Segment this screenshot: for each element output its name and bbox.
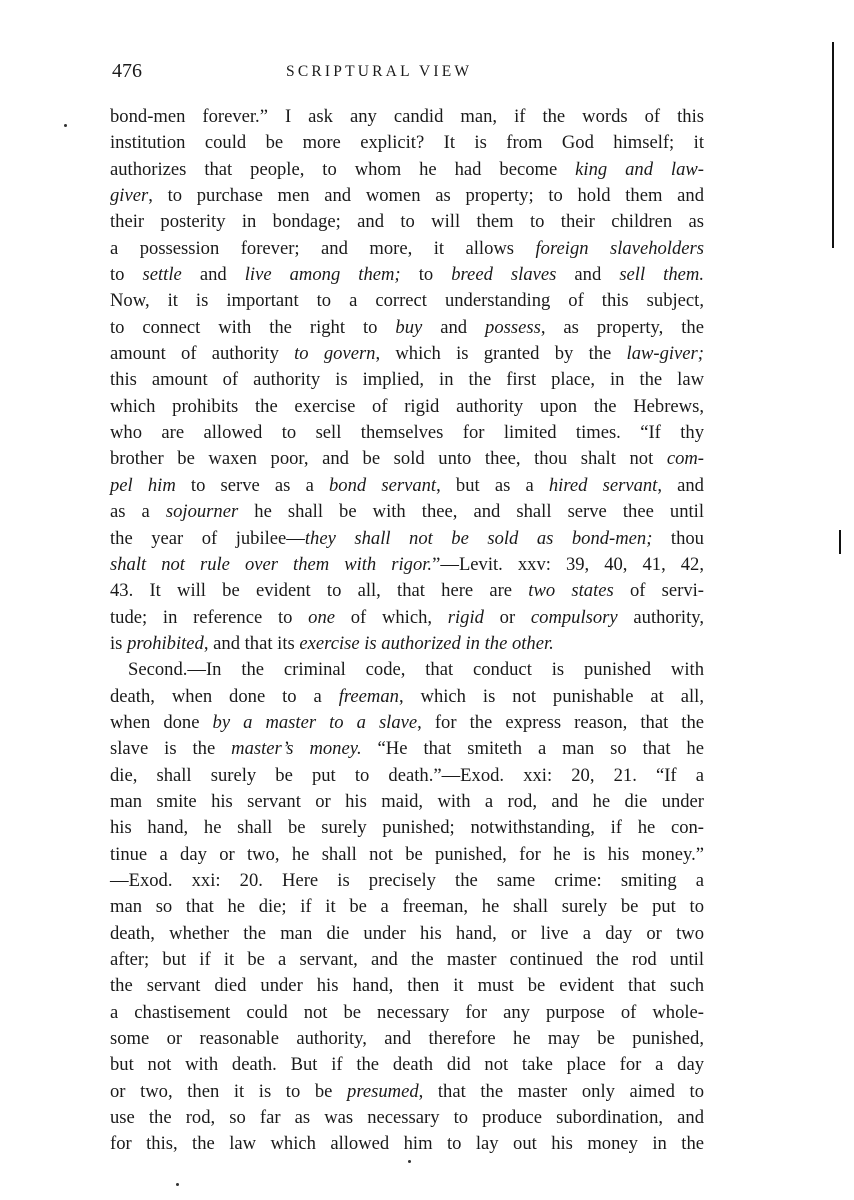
text-span: the year of jubilee— (110, 528, 305, 549)
text-span: when done (110, 712, 213, 733)
text-line: for this, the law which allowed him to l… (110, 1131, 704, 1157)
text-span: of which, (335, 607, 448, 628)
italic-span: live among them; (245, 264, 401, 285)
text-span: , which is granted by the (375, 343, 626, 364)
text-line: their posterity in bondage; and to will … (110, 209, 704, 235)
text-line: after; but if it be a servant, and the m… (110, 947, 704, 973)
text-span: or two, then it is to be (110, 1081, 347, 1102)
text-line: slave is the master’s money. “He that sm… (110, 736, 704, 762)
italic-span: they shall not be sold as bond-men; (305, 528, 653, 549)
text-line: the servant died under his hand, then it… (110, 973, 704, 999)
text-line: man smite his servant or his maid, with … (110, 789, 704, 815)
italic-span: buy (395, 317, 422, 338)
text-line: some or reasonable authority, and theref… (110, 1026, 704, 1052)
text-line: 43. It will be evident to all, that here… (110, 578, 704, 604)
italic-span: hired servant (549, 475, 657, 496)
text-line: to settle and live among them; to breed … (110, 262, 704, 288)
text-line: bond-men forever.” I ask any candid man,… (110, 104, 704, 130)
text-line: die, shall surely be put to death.”—Exod… (110, 763, 704, 789)
italic-span: sell them. (619, 264, 704, 285)
italic-span: settle (143, 264, 182, 285)
text-line: death, when done to a freeman, which is … (110, 684, 704, 710)
italic-span: one (308, 607, 335, 628)
text-span: a chastisement could not be necessary fo… (110, 1002, 704, 1023)
italic-span: king and law- (575, 159, 704, 180)
text-line: his hand, he shall be surely punished; n… (110, 815, 704, 841)
text-span: to (110, 264, 143, 285)
margin-speck (176, 1183, 179, 1186)
text-span: he shall be with thee, and shall serve t… (238, 501, 704, 522)
body-text: bond-men forever.” I ask any candid man,… (110, 104, 704, 1158)
text-line: as a sojourner he shall be with thee, an… (110, 499, 704, 525)
page-edge-rule (832, 42, 834, 248)
text-span: authorizes that people, to whom he had b… (110, 159, 575, 180)
page-number: 476 (112, 60, 142, 83)
text-span: a possession forever; and more, it allow… (110, 238, 536, 259)
italic-span: exercise is authorized in the other. (299, 633, 553, 654)
italic-span: law-giver; (627, 343, 704, 364)
text-span: authority, (618, 607, 704, 628)
text-span: to serve as a (176, 475, 329, 496)
text-span: , but as a (436, 475, 549, 496)
text-span: after; but if it be a servant, and the m… (110, 949, 704, 970)
italic-span: possess (485, 317, 541, 338)
text-span: institution could be more explicit? It i… (110, 132, 704, 153)
text-span: or (484, 607, 531, 628)
text-span: the servant died under his hand, then it… (110, 975, 704, 996)
italic-span: foreign slaveholders (536, 238, 704, 259)
text-span: , as property, the (541, 317, 704, 338)
text-span: and (182, 264, 245, 285)
text-line: a possession forever; and more, it allow… (110, 236, 704, 262)
text-line: shalt not rule over them with rigor.”—Le… (110, 552, 704, 578)
italic-span: sojourner (166, 501, 238, 522)
text-span: death, when done to a (110, 686, 339, 707)
margin-speck (64, 124, 67, 127)
text-span: which prohibits the exercise of rigid au… (110, 396, 704, 417)
italic-span: master’s money. (231, 738, 361, 759)
text-line: man so that he die; if it be a freeman, … (110, 894, 704, 920)
text-span: his hand, he shall be surely punished; n… (110, 817, 704, 838)
text-line: institution could be more explicit? It i… (110, 130, 704, 156)
text-span: slave is the (110, 738, 231, 759)
text-line: use the rod, so far as was necessary to … (110, 1105, 704, 1131)
italic-span: pel him (110, 475, 176, 496)
text-line: death, whether the man die under his han… (110, 921, 704, 947)
text-line: tude; in reference to one of which, rigi… (110, 605, 704, 631)
text-span: , for the express reason, that the (417, 712, 704, 733)
text-span: , and that its (204, 633, 300, 654)
text-span: this amount of authority is implied, in … (110, 369, 704, 390)
text-line: but not with death. But if the death did… (110, 1052, 704, 1078)
text-line: —Exod. xxi: 20. Here is precisely the sa… (110, 868, 704, 894)
text-line: which prohibits the exercise of rigid au… (110, 394, 704, 420)
text-span: as a (110, 501, 166, 522)
italic-span: compulsory (531, 607, 618, 628)
text-span: and (556, 264, 619, 285)
italic-span: com- (667, 448, 704, 469)
text-span: some or reasonable authority, and theref… (110, 1028, 704, 1049)
text-span: brother be waxen poor, and be sold unto … (110, 448, 667, 469)
text-line: Now, it is important to a correct unders… (110, 288, 704, 314)
text-line: tinue a day or two, he shall not be puni… (110, 842, 704, 868)
running-head: SCRIPTURAL VIEW (286, 63, 472, 81)
text-line: this amount of authority is implied, in … (110, 367, 704, 393)
text-span: man so that he die; if it be a freeman, … (110, 896, 704, 917)
text-line: when done by a master to a slave, for th… (110, 710, 704, 736)
italic-span: by a master to a slave (213, 712, 418, 733)
text-span: thou (652, 528, 704, 549)
text-span: their posterity in bondage; and to will … (110, 211, 704, 232)
text-span: but not with death. But if the death did… (110, 1054, 704, 1075)
text-span: to connect with the right to (110, 317, 395, 338)
text-line: a chastisement could not be necessary fo… (110, 1000, 704, 1026)
italic-span: prohibited (127, 633, 204, 654)
text-span: “He that smiteth a man so that he (362, 738, 704, 759)
text-line: pel him to serve as a bond servant, but … (110, 473, 704, 499)
text-span: amount of authority (110, 343, 294, 364)
text-span: , and (657, 475, 704, 496)
text-span: die, shall surely be put to death.”—Exod… (110, 765, 704, 786)
text-span: bond-men forever.” I ask any candid man,… (110, 106, 704, 127)
page-edge-mark (839, 530, 841, 554)
text-line: Second.—In the criminal code, that condu… (110, 657, 704, 683)
text-line: authorizes that people, to whom he had b… (110, 157, 704, 183)
text-line: brother be waxen poor, and be sold unto … (110, 446, 704, 472)
text-span: and (422, 317, 485, 338)
text-span: to (401, 264, 452, 285)
text-span: man smite his servant or his maid, with … (110, 791, 704, 812)
text-line: amount of authority to govern, which is … (110, 341, 704, 367)
text-line: giver, to purchase men and women as prop… (110, 183, 704, 209)
italic-span: to govern (294, 343, 375, 364)
italic-span: freeman (339, 686, 399, 707)
margin-speck (408, 1160, 411, 1163)
italic-span: presumed (347, 1081, 419, 1102)
text-span: , to purchase men and women as property;… (148, 185, 704, 206)
text-span: is (110, 633, 127, 654)
text-line: who are allowed to sell themselves for l… (110, 420, 704, 446)
text-span: tinue a day or two, he shall not be puni… (110, 844, 704, 865)
text-line: the year of jubilee—they shall not be so… (110, 526, 704, 552)
text-span: tude; in reference to (110, 607, 308, 628)
text-span: Now, it is important to a correct unders… (110, 290, 704, 311)
text-line: or two, then it is to be presumed, that … (110, 1079, 704, 1105)
text-span: who are allowed to sell themselves for l… (110, 422, 704, 443)
text-line: is prohibited, and that its exercise is … (110, 631, 704, 657)
text-span: , which is not punishable at all, (399, 686, 704, 707)
italic-span: giver (110, 185, 148, 206)
text-span: for this, the law which allowed him to l… (110, 1133, 704, 1154)
text-span: —Exod. xxi: 20. Here is precisely the sa… (110, 870, 704, 891)
italic-span: rigid (448, 607, 484, 628)
text-span: use the rod, so far as was necessary to … (110, 1107, 704, 1128)
text-line: to connect with the right to buy and pos… (110, 315, 704, 341)
text-span: Second.—In the criminal code, that condu… (128, 659, 704, 680)
text-span: , that the master only aimed to (419, 1081, 704, 1102)
italic-span: two states (528, 580, 613, 601)
text-span: ”—Levit. xxv: 39, 40, 41, 42, (432, 554, 704, 575)
italic-span: breed slaves (451, 264, 556, 285)
italic-span: shalt not rule over them with rigor. (110, 554, 432, 575)
text-span: death, whether the man die under his han… (110, 923, 704, 944)
text-span: of servi- (614, 580, 704, 601)
italic-span: bond servant (329, 475, 436, 496)
text-span: 43. It will be evident to all, that here… (110, 580, 528, 601)
